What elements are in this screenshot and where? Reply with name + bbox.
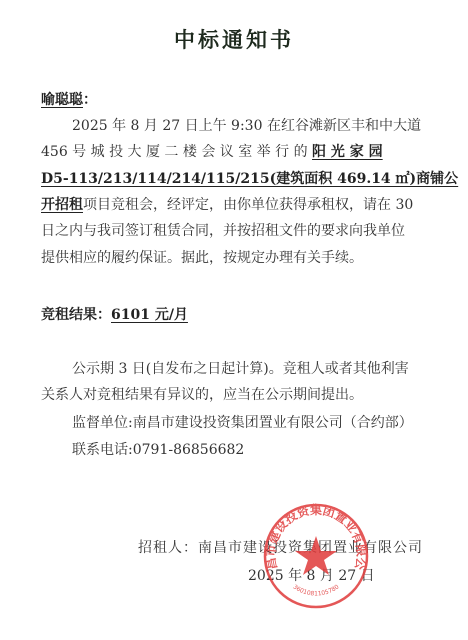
lessor-label: 招租人： <box>138 540 198 556</box>
supervision-unit: 监督单位:南昌市建设投资集团置业有限公司（合约部） <box>72 414 413 432</box>
addressee-name: 喻聪聪 <box>41 92 83 108</box>
paragraph2-line2: 关系人对竞租结果有异议的，应当在公示期间提出。 <box>41 386 363 404</box>
contact-phone: 联系电话:0791-86856682 <box>72 441 244 459</box>
bid-result: 竞租结果：6101 元/月 <box>41 304 198 324</box>
bid-result-label: 竞租结果： <box>41 307 111 323</box>
svg-text:3601081105780: 3601081105780 <box>292 583 341 597</box>
addressee-colon: ： <box>83 89 97 109</box>
paragraph1-line1: 2025 年 8 月 27 日上午 9:30 在红谷滩新区丰和中大道 <box>72 117 421 135</box>
contact-value: 0791-86856682 <box>133 442 245 458</box>
lessor-signature: 招租人：南昌市建设投资集团置业有限公司 <box>138 537 423 557</box>
signature-date: 2025 年 8 月 27 日 <box>248 565 375 585</box>
paragraph1-line4-text: 项目竞租会，经评定，由你单位获得承租权，请在 30 <box>83 197 413 213</box>
paragraph1-line2-text: 456 号 城 投 大 厦 二 楼 会 议 室 举 行 的 <box>41 144 312 160</box>
project-name-part1: 阳 光 家 园 <box>312 144 383 160</box>
supervision-label: 监督单位: <box>72 415 133 431</box>
supervision-value: 南昌市建设投资集团置业有限公司（合约部） <box>133 415 413 431</box>
project-name-part2: D5-113/213/114/214/115/215(建筑面积 469.14 ㎡… <box>41 171 458 187</box>
lessor-company: 南昌市建设投资集团置业有限公司 <box>198 540 423 556</box>
paragraph1-line4: 开招租项目竞租会，经评定，由你单位获得承租权，请在 30 <box>41 196 413 214</box>
bid-result-value: 6101 元/月 <box>111 307 198 323</box>
paragraph2-line1: 公示期 3 日(自发布之日起计算)。竞租人或者其他利害 <box>72 360 409 378</box>
seal-number: 3601081105780 <box>292 583 341 597</box>
contact-label: 联系电话: <box>72 442 133 458</box>
paragraph1-line2: 456 号 城 投 大 厦 二 楼 会 议 室 举 行 的 阳 光 家 园 <box>41 143 383 161</box>
paragraph1-line6: 提供相应的履约保证。据此，按规定办理有关手续。 <box>41 249 363 267</box>
paragraph1-line5: 日之内与我司签订租赁合同，并按招租文件的要求向我单位 <box>41 222 405 240</box>
project-name-part3: 开招租 <box>41 197 83 213</box>
addressee: 喻聪聪： <box>41 89 97 109</box>
document-title: 中标通知书 <box>0 24 468 54</box>
paragraph1-line3: D5-113/213/114/214/115/215(建筑面积 469.14 ㎡… <box>41 170 458 188</box>
